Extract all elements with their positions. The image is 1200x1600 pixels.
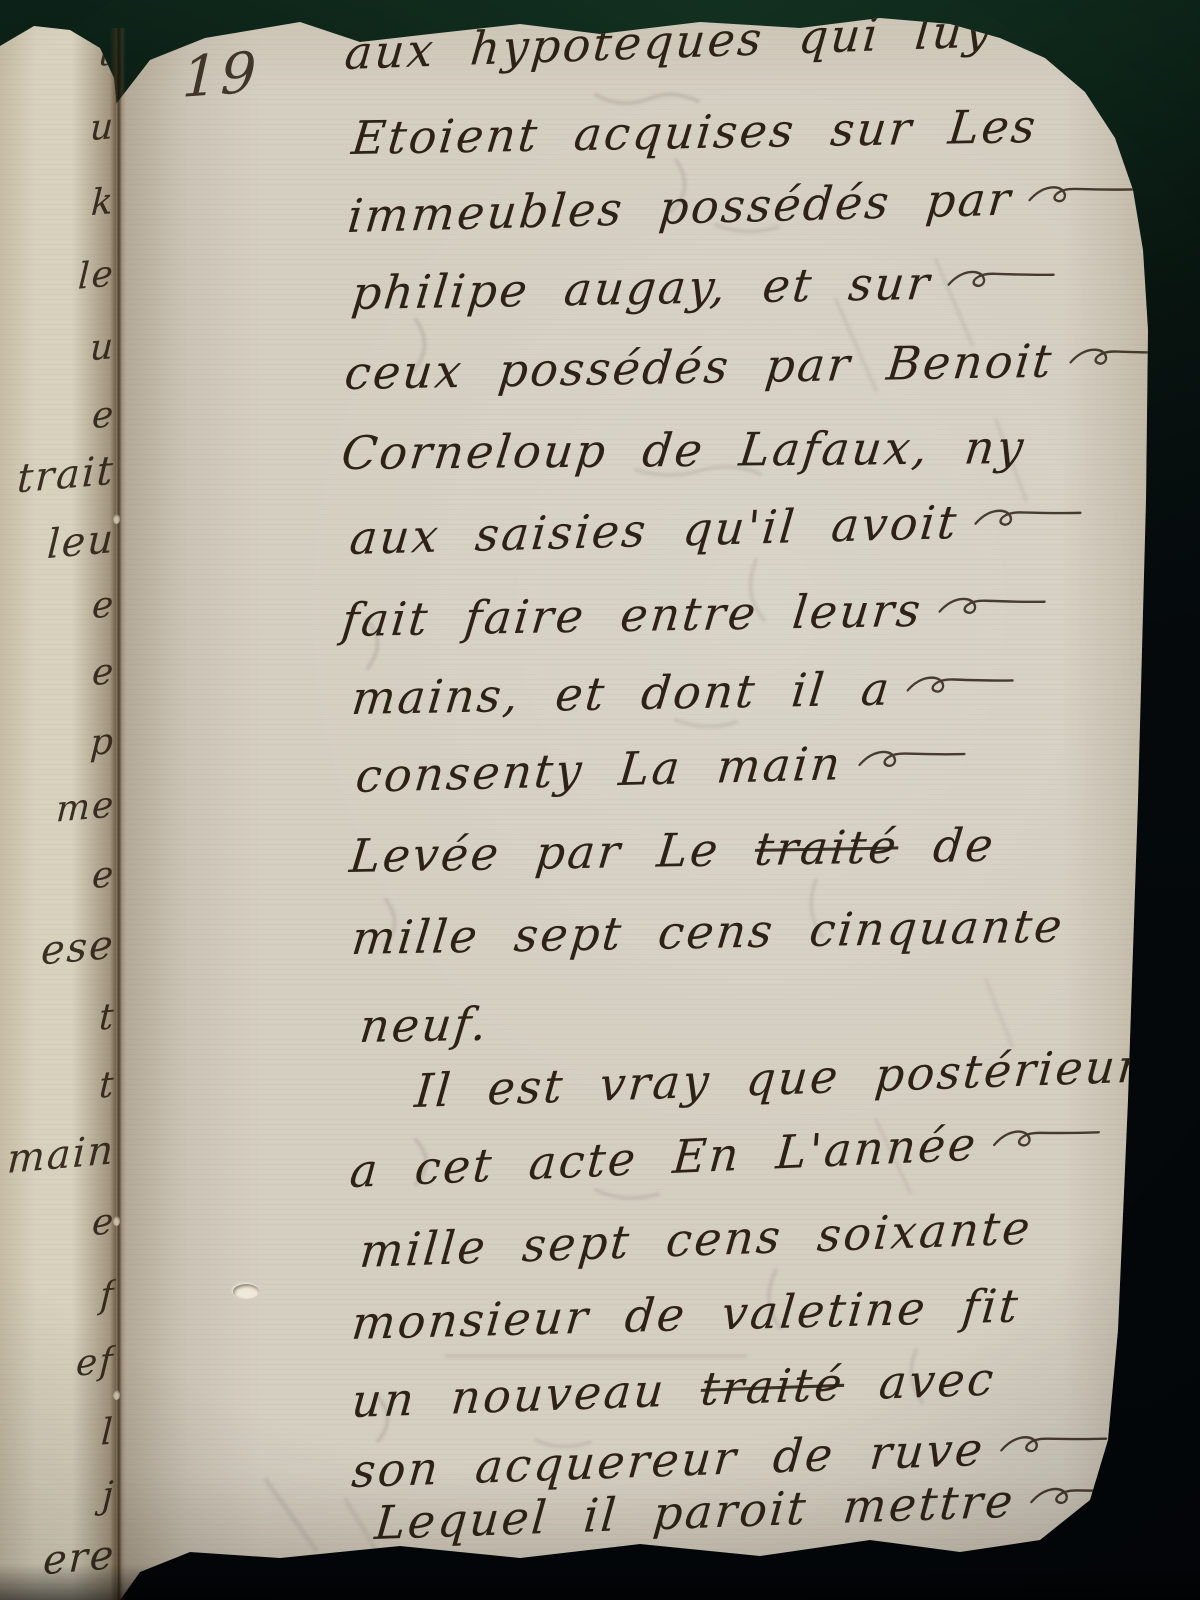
previous-page-text-fragment: trait [16, 451, 116, 500]
manuscript-line: immeubles possédés par [346, 172, 1139, 239]
manuscript-text: aux hypoteques qui luyEtoient acquises s… [116, 0, 1156, 1600]
previous-page-text-fragment: leu [46, 519, 116, 565]
line-text: mille sept cens cinquante [349, 899, 1067, 966]
line-text: ceux possédés par Benoit [342, 334, 1056, 400]
paper-hole [233, 1284, 259, 1299]
manuscript-line: fait faire entre leurs [340, 585, 1049, 643]
pen-flourish [1067, 342, 1180, 370]
previous-page-text-fragment: main [6, 1130, 116, 1180]
book-gutter [110, 28, 126, 1600]
line-text: Corneloup de Lafaux, ny [339, 420, 1029, 480]
line-text: Il est vray que postérieurem [413, 1036, 1200, 1118]
stitch-hole [113, 1390, 120, 1400]
manuscript-line: Corneloup de Lafaux, ny [339, 424, 1028, 476]
line-text: Etoient acquises sur Les [349, 99, 1040, 165]
photo-stage: tukleuetraitleueepmeeesettmainefefljere [0, 0, 1200, 1600]
line-text: de [896, 818, 998, 874]
manuscript-line: neuf. [358, 1001, 492, 1049]
pen-flourish [944, 265, 1057, 293]
stitch-hole [113, 1216, 120, 1226]
manuscript-line: mains, et dont il a [350, 663, 1018, 721]
manuscript-line: philipe augay, et sur [350, 258, 1058, 316]
line-text: fait faire entre leurs [339, 583, 925, 647]
line-text: immeubles possédés par [345, 172, 1015, 244]
manuscript-line: Etoient acquises sur Les [350, 103, 1040, 161]
manuscript-line: mille sept cens cinquante [350, 903, 1067, 962]
previous-page-text-fragment: me [55, 787, 116, 828]
manuscript-line: un nouveau traité avec [350, 1355, 998, 1424]
manuscript-line: mille sept cens soixante [358, 1204, 1034, 1274]
pen-flourish [991, 1122, 1103, 1153]
pen-flourish [1028, 1480, 1140, 1510]
line-text: mains, et dont il a [349, 662, 894, 726]
line-text: a cet acte En L'année [348, 1116, 980, 1198]
line-text: neuf. [357, 997, 492, 1053]
manuscript-line: monsieur de valetine fit [350, 1282, 1022, 1346]
line-text: monsieur de valetine fit [349, 1278, 1022, 1350]
manuscript-line: aux hypoteques qui luy [343, 3, 1119, 76]
line-text: consenty La main [353, 736, 845, 803]
line-text: traité [699, 1357, 847, 1416]
manuscript-line: a cet acte En L'année [348, 1115, 1103, 1194]
previous-page-edge: tukleuetraitleueepmeeesettmainefefljere [0, 0, 120, 1600]
pen-flourish [855, 744, 967, 773]
pen-flourish [1006, 10, 1118, 40]
pen-flourish [904, 670, 1017, 698]
line-text: mille sept cens soixante [358, 1200, 1035, 1278]
line-text: aux hypoteques qui luy [343, 3, 996, 80]
line-text: aux saisies qu'il avoit [347, 495, 961, 565]
pen-flourish [1026, 179, 1138, 208]
line-text: un nouveau [350, 1362, 704, 1428]
line-text: Levée par Le [347, 822, 758, 883]
manuscript-line: Il est vray que postérieuremt [413, 1040, 1200, 1115]
manuscript-line: ceux possédés par Benoit [343, 335, 1180, 396]
pen-flourish [998, 1429, 1110, 1459]
previous-page-text-fragment: ese [40, 925, 116, 972]
line-text: avec [842, 1351, 998, 1410]
line-text: traité [752, 819, 901, 876]
manuscript-line: consenty La main [354, 737, 969, 799]
pen-flourish [972, 503, 1084, 532]
manuscript-page: 19 aux hypoteques qui luyEtoient acquise… [116, 0, 1156, 1600]
line-text: philipe augay, et sur [349, 256, 934, 320]
pen-flourish [935, 592, 1048, 620]
previous-page-text-fragment: ere [42, 1535, 116, 1582]
manuscript-line: Levée par Le traité de [348, 822, 998, 879]
manuscript-line: aux saisies qu'il avoit [348, 496, 1085, 561]
stitch-hole [113, 514, 120, 524]
